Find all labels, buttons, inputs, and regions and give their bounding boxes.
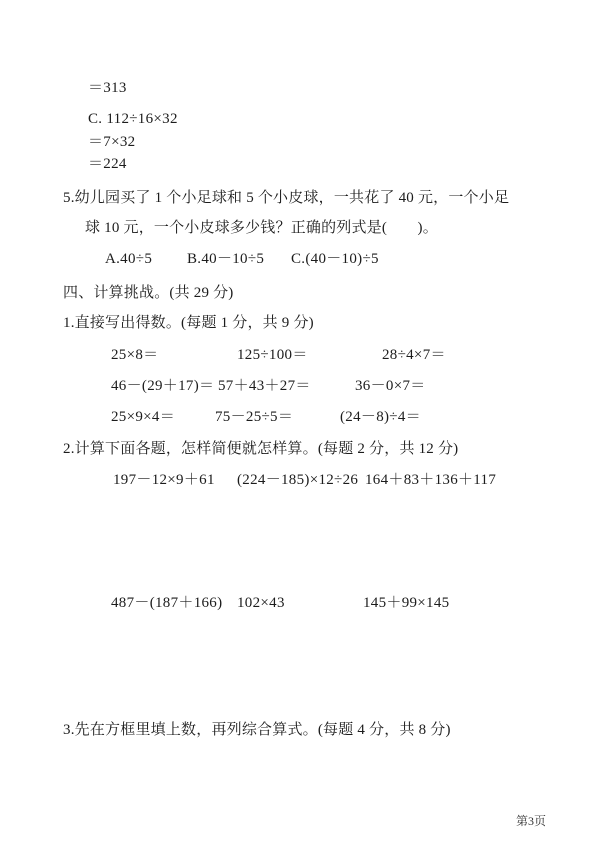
section4-title: 四、计算挑战。(共 29 分) xyxy=(63,283,234,303)
question5-option-b: B.40－10÷5 xyxy=(187,249,264,269)
section4-sub1-title: 1.直接写出得数。(每题 1 分，共 9 分) xyxy=(63,313,314,333)
mental-math-cell: 28÷4×7＝ xyxy=(382,345,446,365)
mental-math-cell: 25×9×4＝ xyxy=(111,407,175,427)
worksheet-page: ＝313 C. 112÷16×32 ＝7×32 ＝224 5.幼儿园买了 1 个… xyxy=(0,0,596,842)
simplify-problem: 164＋83＋136＋117 xyxy=(365,470,496,490)
question5-text-line1: 5.幼儿园买了 1 个小足球和 5 个小皮球，一共花了 40 元，一个小足 xyxy=(63,188,509,208)
simplify-problem: 197－12×9＋61 xyxy=(113,470,215,490)
mental-math-cell: 36－0×7＝ xyxy=(355,376,426,396)
section4-sub3-title: 3.先在方框里填上数，再列综合算式。(每题 4 分，共 8 分) xyxy=(63,720,451,740)
mental-math-cell: 46－(29＋17)＝ xyxy=(111,376,214,396)
question5-text-line2: 球 10 元，一个小皮球多少钱？正确的列式是( )。 xyxy=(85,218,438,238)
solution-result-line: ＝313 xyxy=(88,78,127,98)
mental-math-cell: 25×8＝ xyxy=(111,345,158,365)
simplify-problem: 145＋99×145 xyxy=(363,593,449,613)
solution-option-c-label: C. 112÷16×32 xyxy=(88,109,178,129)
mental-math-cell: (24－8)÷4＝ xyxy=(340,407,421,427)
page-number: 第3页 xyxy=(516,812,546,829)
question5-option-c: C.(40－10)÷5 xyxy=(291,249,379,269)
mental-math-cell: 125÷100＝ xyxy=(237,345,308,365)
mental-math-cell: 75－25÷5＝ xyxy=(215,407,293,427)
solution-step-1: ＝7×32 xyxy=(88,132,135,152)
solution-step-2: ＝224 xyxy=(88,154,127,174)
mental-math-cell: 57＋43＋27＝ xyxy=(218,376,311,396)
simplify-problem: 487－(187＋166) xyxy=(111,593,222,613)
section4-sub2-title: 2.计算下面各题，怎样简便就怎样算。(每题 2 分，共 12 分) xyxy=(63,439,458,459)
simplify-problem: (224－185)×12÷26 xyxy=(237,470,358,490)
simplify-problem: 102×43 xyxy=(237,593,285,613)
question5-option-a: A.40÷5 xyxy=(105,249,152,269)
